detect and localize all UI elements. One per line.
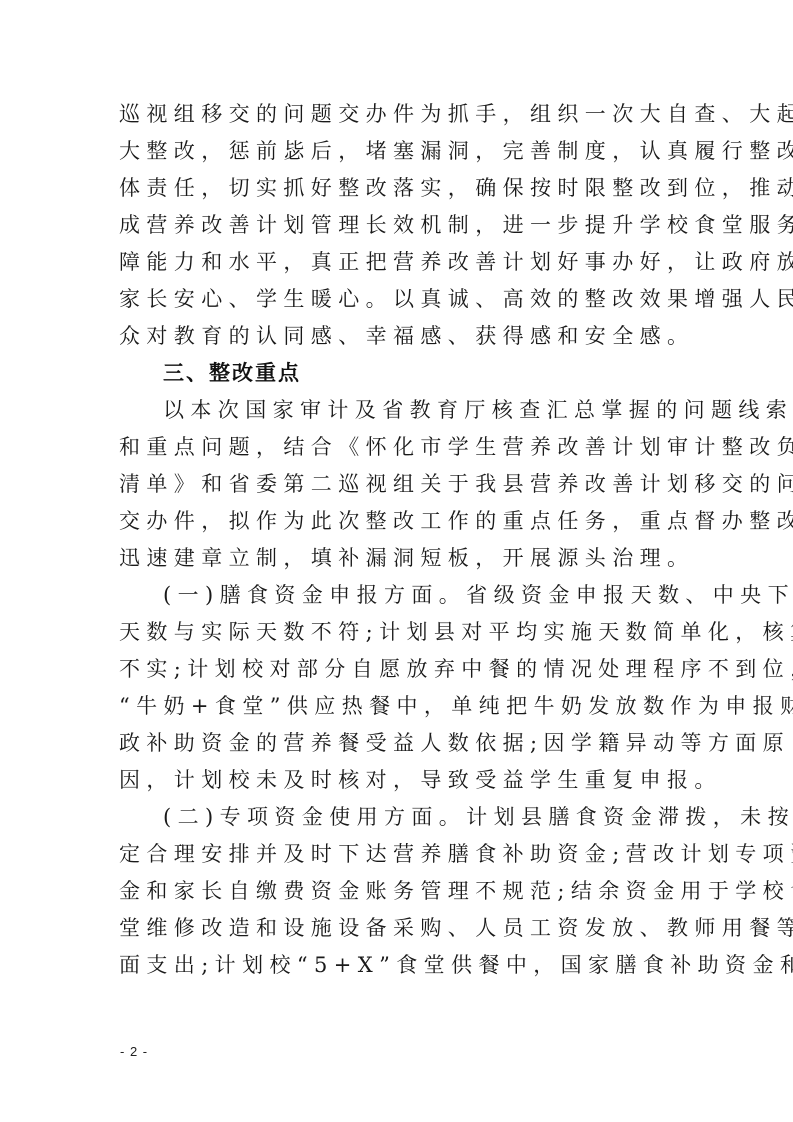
text-line: 不实;计划校对部分自愿放弃中餐的情况处理程序不到位， (119, 651, 679, 688)
text-line: 天数与实际天数不符;计划县对平均实施天数简单化，核算 (119, 614, 679, 651)
paragraph-item-1: (一)膳食资金申报方面。省级资金申报天数、中央下达 天数与实际天数不符;计划县对… (119, 577, 679, 799)
paragraph-focus: 以本次国家审计及省教育厅核查汇总掌握的问题线索 和重点问题，结合《怀化市学生营养… (119, 392, 679, 577)
text-line: 障能力和水平，真正把营养改善计划好事办好，让政府放心、 (119, 244, 679, 281)
document-page: 巡视组移交的问题交办件为抓手，组织一次大自查、大起底、 大整改，惩前毖后，堵塞漏… (0, 0, 793, 1122)
paragraph-item-2: (二)专项资金使用方面。计划县膳食资金滞拨，未按规 定合理安排并及时下达营养膳食… (119, 799, 679, 984)
text-line: 体责任，切实抓好整改落实，确保按时限整改到位，推动形 (119, 170, 679, 207)
text-line: 和重点问题，结合《怀化市学生营养改善计划审计整改负面 (119, 429, 679, 466)
document-body: 巡视组移交的问题交办件为抓手，组织一次大自查、大起底、 大整改，惩前毖后，堵塞漏… (119, 96, 679, 984)
text-line: (一)膳食资金申报方面。省级资金申报天数、中央下达 (119, 577, 679, 614)
text-line: 政补助资金的营养餐受益人数依据;因学籍异动等方面原 (119, 725, 679, 762)
text-line: (二)专项资金使用方面。计划县膳食资金滞拨，未按规 (119, 799, 679, 836)
paragraph-intro: 巡视组移交的问题交办件为抓手，组织一次大自查、大起底、 大整改，惩前毖后，堵塞漏… (119, 96, 679, 355)
text-line: 堂维修改造和设施设备采购、人员工资发放、教师用餐等方 (119, 910, 679, 947)
text-line: 众对教育的认同感、幸福感、获得感和安全感。 (119, 318, 679, 355)
text-line: 清单》和省委第二巡视组关于我县营养改善计划移交的问题 (119, 466, 679, 503)
text-line: 家长安心、学生暖心。以真诚、高效的整改效果增强人民群 (119, 281, 679, 318)
text-line: 面支出;计划校“5+X”食堂供餐中，国家膳食补助资金和家 (119, 947, 679, 984)
text-line: 成营养改善计划管理长效机制，进一步提升学校食堂服务保 (119, 207, 679, 244)
text-line: 交办件，拟作为此次整改工作的重点任务，重点督办整改， (119, 503, 679, 540)
text-line: 以本次国家审计及省教育厅核查汇总掌握的问题线索 (119, 392, 679, 429)
text-line: 金和家长自缴费资金账务管理不规范;结余资金用于学校食 (119, 873, 679, 910)
text-line: “牛奶+食堂”供应热餐中，单纯把牛奶发放数作为申报财 (119, 688, 679, 725)
text-line: 迅速建章立制，填补漏洞短板，开展源头治理。 (119, 540, 679, 577)
text-line: 定合理安排并及时下达营养膳食补助资金;营改计划专项资 (119, 836, 679, 873)
text-line: 大整改，惩前毖后，堵塞漏洞，完善制度，认真履行整改主 (119, 133, 679, 170)
page-number: - 2 - (120, 1044, 148, 1059)
section-heading: 三、整改重点 (119, 355, 679, 392)
text-line: 巡视组移交的问题交办件为抓手，组织一次大自查、大起底、 (119, 96, 679, 133)
text-line: 因，计划校未及时核对，导致受益学生重复申报。 (119, 762, 679, 799)
